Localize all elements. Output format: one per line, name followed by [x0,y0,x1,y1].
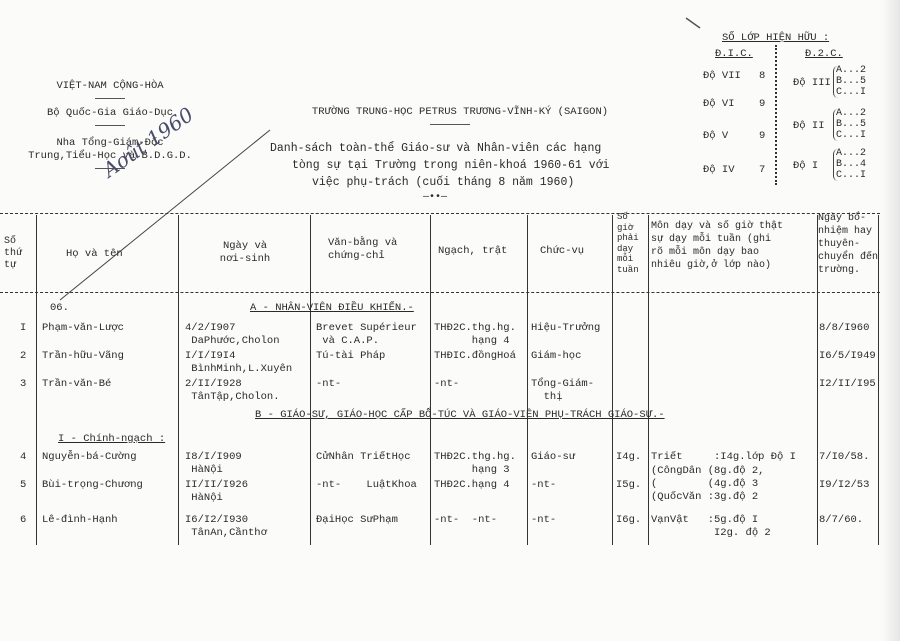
header-degree: Văn-bằng và chứng-chỉ [328,237,397,263]
cell-rank: THĐ2C.thg.hg. hạng 3 [434,451,516,477]
header-birth: Ngày và nơi-sinh [180,240,310,266]
cell-degree: -nt- LuậtKhoa [316,479,417,492]
cell-position: -nt- [531,479,556,492]
level-label: Độ VII [703,70,741,82]
class-counts-divider [775,45,777,185]
ornament: —••— [423,192,447,204]
cell-stt: 5 [20,479,26,492]
cell-birth: 2/II/I928 TânTập,Cholon. [185,378,280,404]
class-count: 9 [759,130,765,143]
table-top-border [0,213,885,214]
cell-rank: THĐ2C.hạng 4 [434,479,510,492]
dic-level-count: Độ V9 [703,130,728,143]
dic-level-count: Độ VII8 [703,70,741,83]
header-bottom-border [0,292,885,293]
cell-degree: -nt- [316,378,341,391]
cell-appointed: I9/I2/53 [819,479,869,492]
cell-stt: I [20,322,26,335]
cell-degree: ĐạiHọc SưPhạm [316,514,398,527]
table-column-divider [612,215,613,545]
cell-birth: I/I/I9I4 BìnhMinh,L.Xuyên [185,350,292,376]
cell-name: Trần-hữu-Vãng [42,350,124,363]
level-label: Độ VI [703,98,735,110]
cell-birth: I8/I/I909 HàNội [185,451,242,477]
dic-level-count: Độ IV7 [703,164,735,177]
cell-appointed: I6/5/I949 [819,350,876,363]
table-column-divider [36,215,37,545]
cell-position: Tổng-Giám- thị [531,378,594,404]
section-b-heading: B - GIÁO-SƯ, GIÁO-HỌC CẤP BỔ-TÚC VÀ GIÁO… [255,409,665,422]
page-edge-shadow [882,0,900,641]
header-hours-required: Số giờ phải dạy mỗi tuần [617,212,639,275]
brace-icon [833,149,838,181]
table-column-divider [527,215,528,545]
cell-appointed: 8/7/60. [819,514,863,527]
section-a-heading: A - NHÂN-VIÊN ĐIỀU KHIỂN.- [250,302,414,315]
cell-name: Bùi-trọng-Chương [42,479,143,492]
subsection-b1-heading: I - Chính-ngạch : [58,433,165,446]
cell-hours: I5g. [616,479,641,492]
cell-stt: 6 [20,514,26,527]
level-label: Độ V [703,130,728,142]
cell-birth: 4/2/I907 DaPhước,Cholon [185,322,280,348]
d2c-section-count: C...I [836,130,866,142]
class-count: 8 [759,70,765,83]
cell-subjects: VạnVật :5g.độ I I2g. độ 2 [651,514,771,540]
header-appointed: Ngày bổ- nhiệm hay thuyên- chuyển đến tr… [818,212,878,277]
cell-appointed: 7/I0/58. [819,451,869,464]
d2c-section-count: C...I [836,87,866,99]
table-column-divider [430,215,431,545]
d2c-level-label: Độ I [793,160,818,173]
cell-stt: 4 [20,451,26,464]
header-position: Chức-vụ [540,245,584,258]
cell-appointed: 8/8/I960 [819,322,869,335]
cell-appointed: I2/II/I95 [819,378,876,391]
staff-count-note: 06. [50,302,69,315]
annotation-arrow-line [0,0,900,641]
d2c-level-label: Độ II [793,120,825,133]
document-title-line2: tòng sự tại Trường trong niên-khoá 1960-… [292,159,609,172]
cell-degree: CửNhân TriếtHọc [316,451,411,464]
class-counts-title: SỐ LỚP HIỆN HỮU : [722,32,829,45]
cell-rank: THĐIC.đồngHoá [434,350,516,363]
dic-label: Đ.I.C. [715,48,753,61]
d2c-section-count: C...I [836,170,866,182]
header-subjects: Môn dạy và số giờ thật sự dạy mỗi tuần (… [651,220,783,272]
cell-stt: 2 [20,350,26,363]
cell-name: Trần-văn-Bé [42,378,111,391]
cell-subjects: (CôngDân (8g.độ 2, ( (4g.độ 3 (QuốcVăn :… [651,465,764,504]
cell-degree: Brevet Supérieur và C.A.P. [316,322,417,348]
cell-position: Giám-học [531,350,581,363]
document-title-line3: việc phụ-trách (cuối tháng 8 năm 1960) [312,176,574,189]
table-column-divider [310,215,311,545]
cell-position: -nt- [531,514,556,527]
cell-rank: -nt- [434,378,459,391]
level-label: Độ IV [703,164,735,176]
cell-subjects: Triết :I4g.lớp Độ I [651,451,796,464]
class-count: 7 [759,164,765,177]
cell-hours: I4g. [616,451,641,464]
table-column-divider [878,215,879,545]
cell-rank: THĐ2C.thg.hg. hạng 4 [434,322,516,348]
header-stt: Số thứ tự [4,236,22,272]
cell-hours: I6g. [616,514,641,527]
cell-name: Lê-đình-Hạnh [42,514,118,527]
cell-name: Nguyễn-bá-Cường [42,451,137,464]
table-column-divider [178,215,179,545]
cell-degree: Tú-tài Pháp [316,350,385,363]
cell-name: Phạm-văn-Lược [42,322,124,335]
cell-birth: I6/I2/I930 TânAn,Cầnthơ [185,514,267,540]
dic-level-count: Độ VI9 [703,98,735,111]
cell-rank: -nt- -nt- [434,514,497,527]
cell-position: Giáo-sư [531,451,575,464]
brace-icon [833,66,838,98]
brace-icon [833,109,838,141]
d2c-level-label: Độ III [793,77,831,90]
header-rank: Ngạch, trật [438,245,507,258]
class-count: 9 [759,98,765,111]
cell-position: Hiệu-Trưởng [531,322,600,335]
cell-stt: 3 [20,378,26,391]
cell-birth: II/II/I926 HàNội [185,479,248,505]
table-column-divider [648,215,649,545]
divider [430,124,470,125]
header-name: Họ và tên [66,248,123,261]
d2c-label: Đ.2.C. [805,48,843,61]
school-name: TRƯỜNG TRUNG-HỌC PETRUS TRƯƠNG-VĨNH-KÝ (… [270,106,650,119]
document-title-line1: Danh-sách toàn-thể Giáo-sư và Nhân-viên … [270,142,601,155]
